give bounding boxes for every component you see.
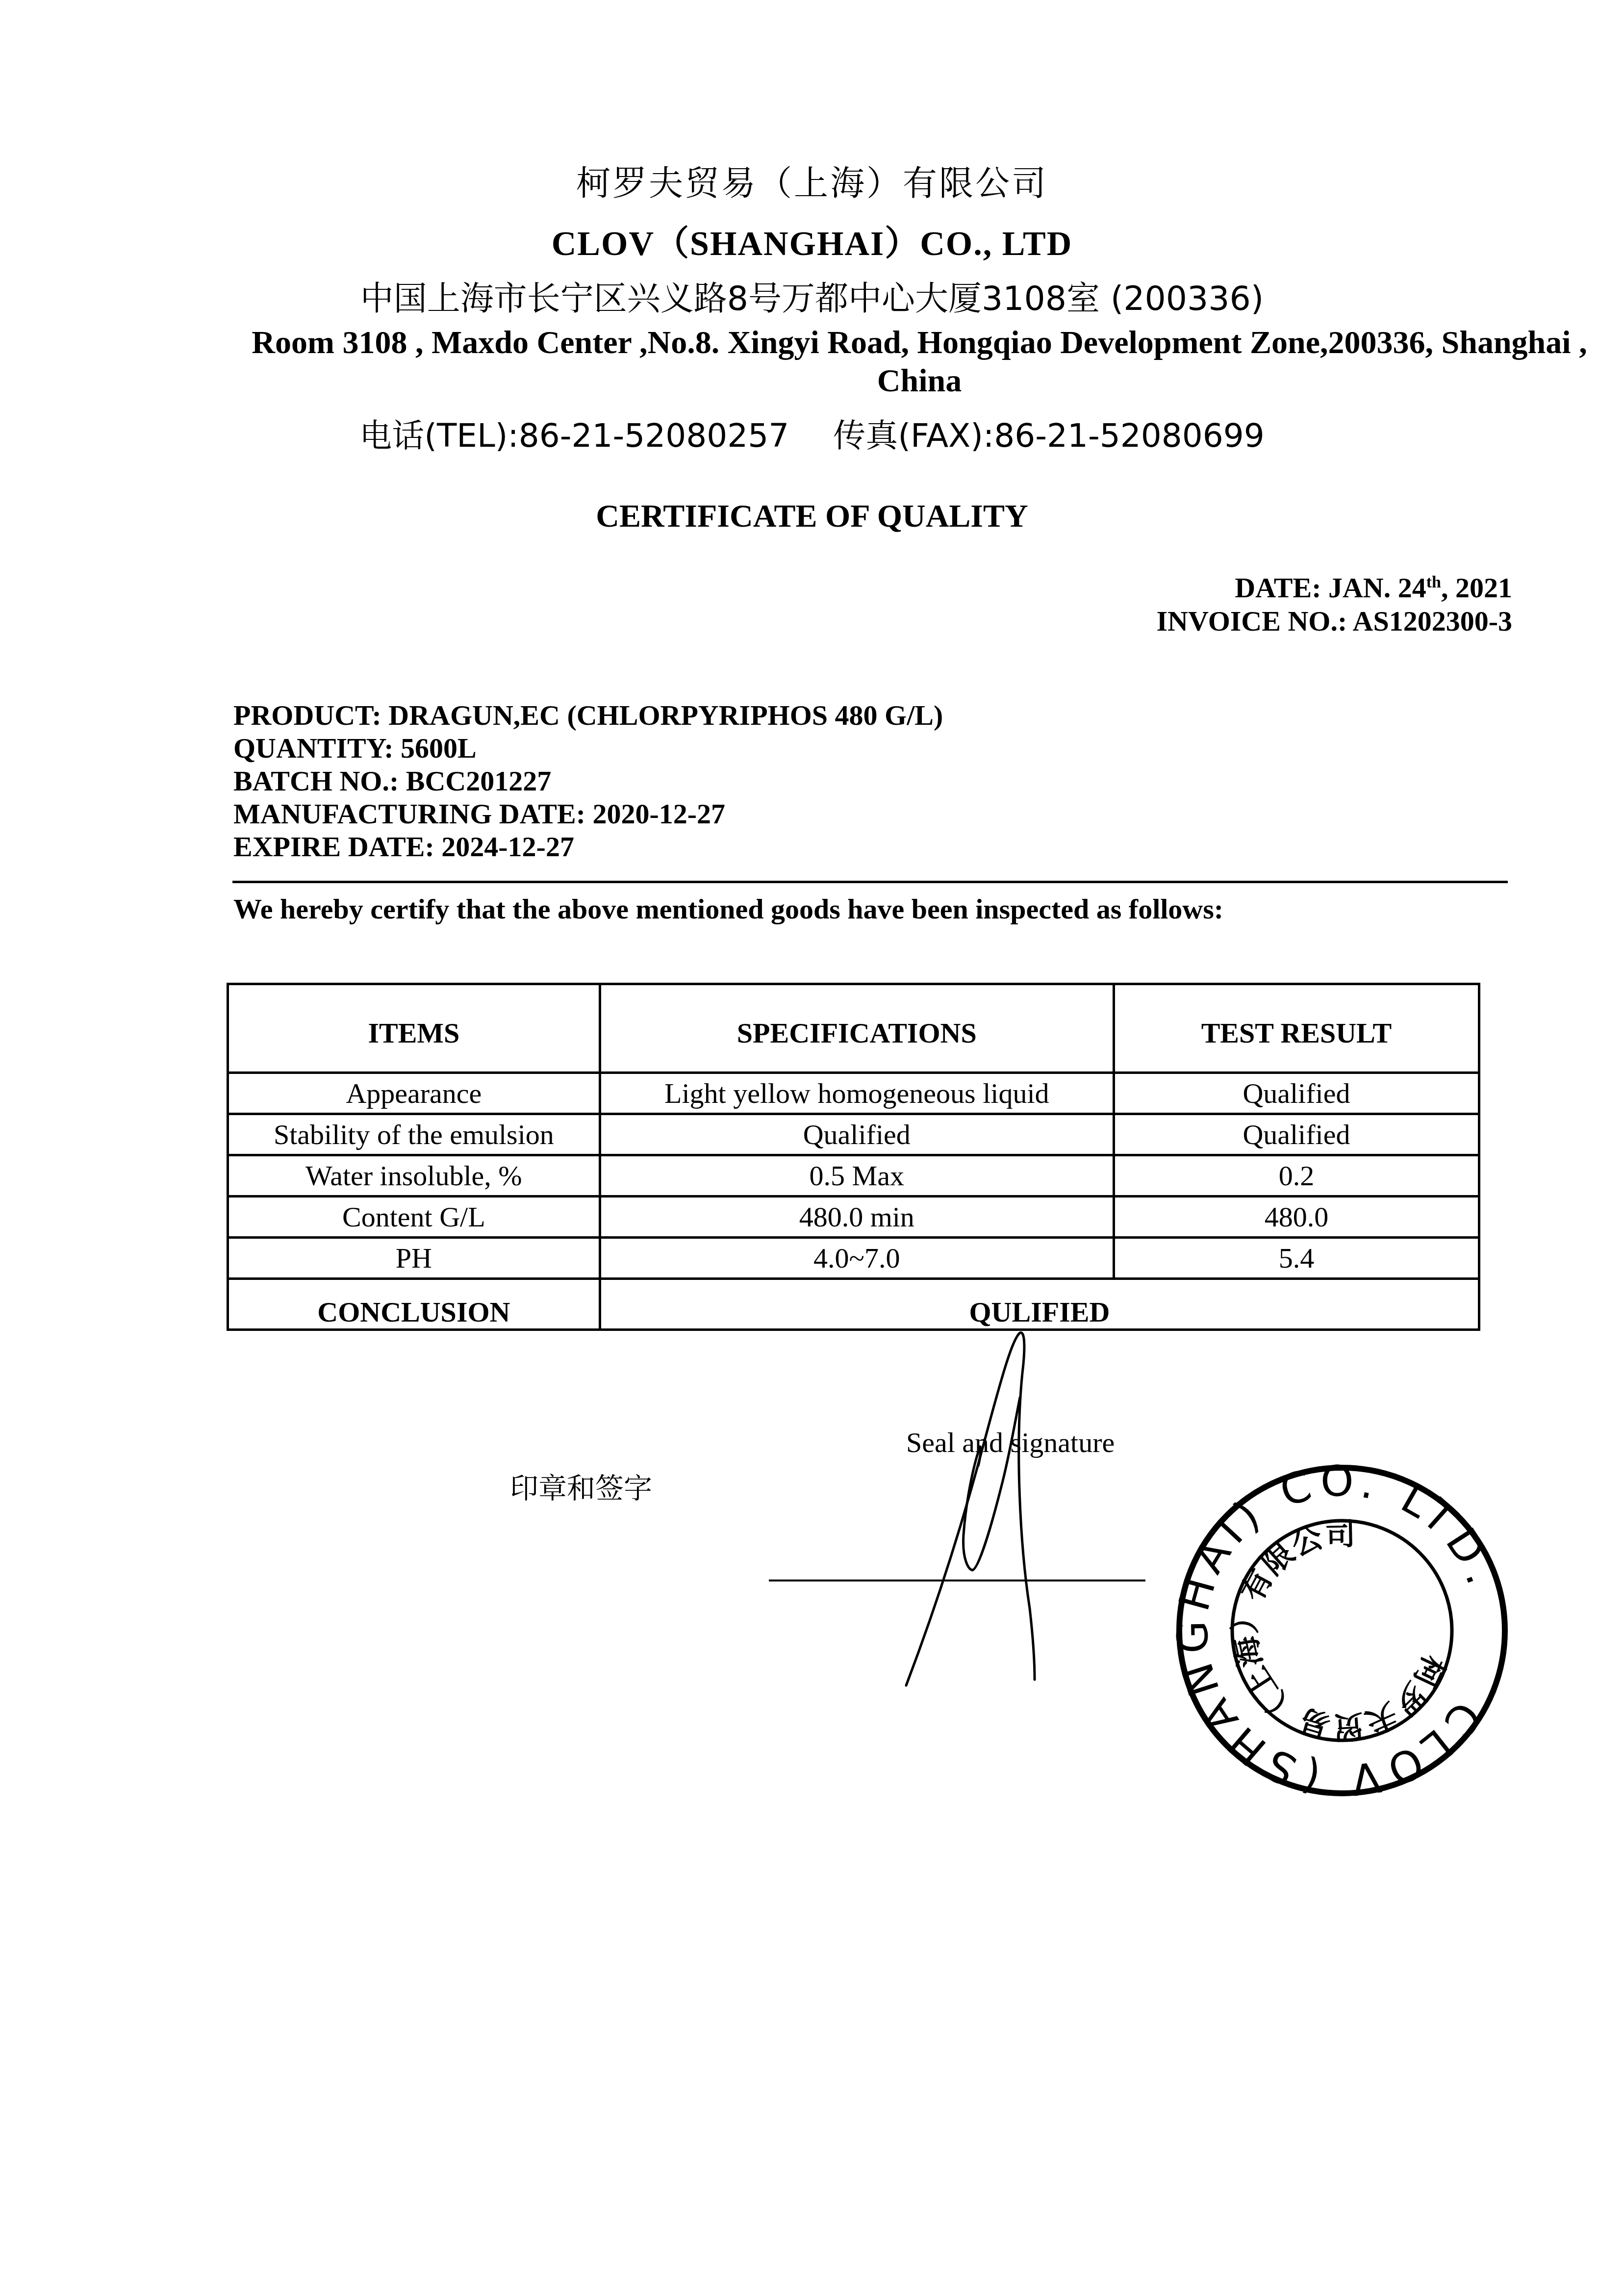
stamp-outer-text: CLOV (SHANGHAI) CO. LTD.: [1104, 1393, 1580, 1869]
company-seal-icon: CLOV (SHANGHAI) CO. LTD. 柯罗夫贸易（上海）有限公司: [0, 0, 1624, 2294]
svg-text:CLOV (SHANGHAI) CO. LTD.: CLOV (SHANGHAI) CO. LTD.: [1104, 1393, 1580, 1869]
